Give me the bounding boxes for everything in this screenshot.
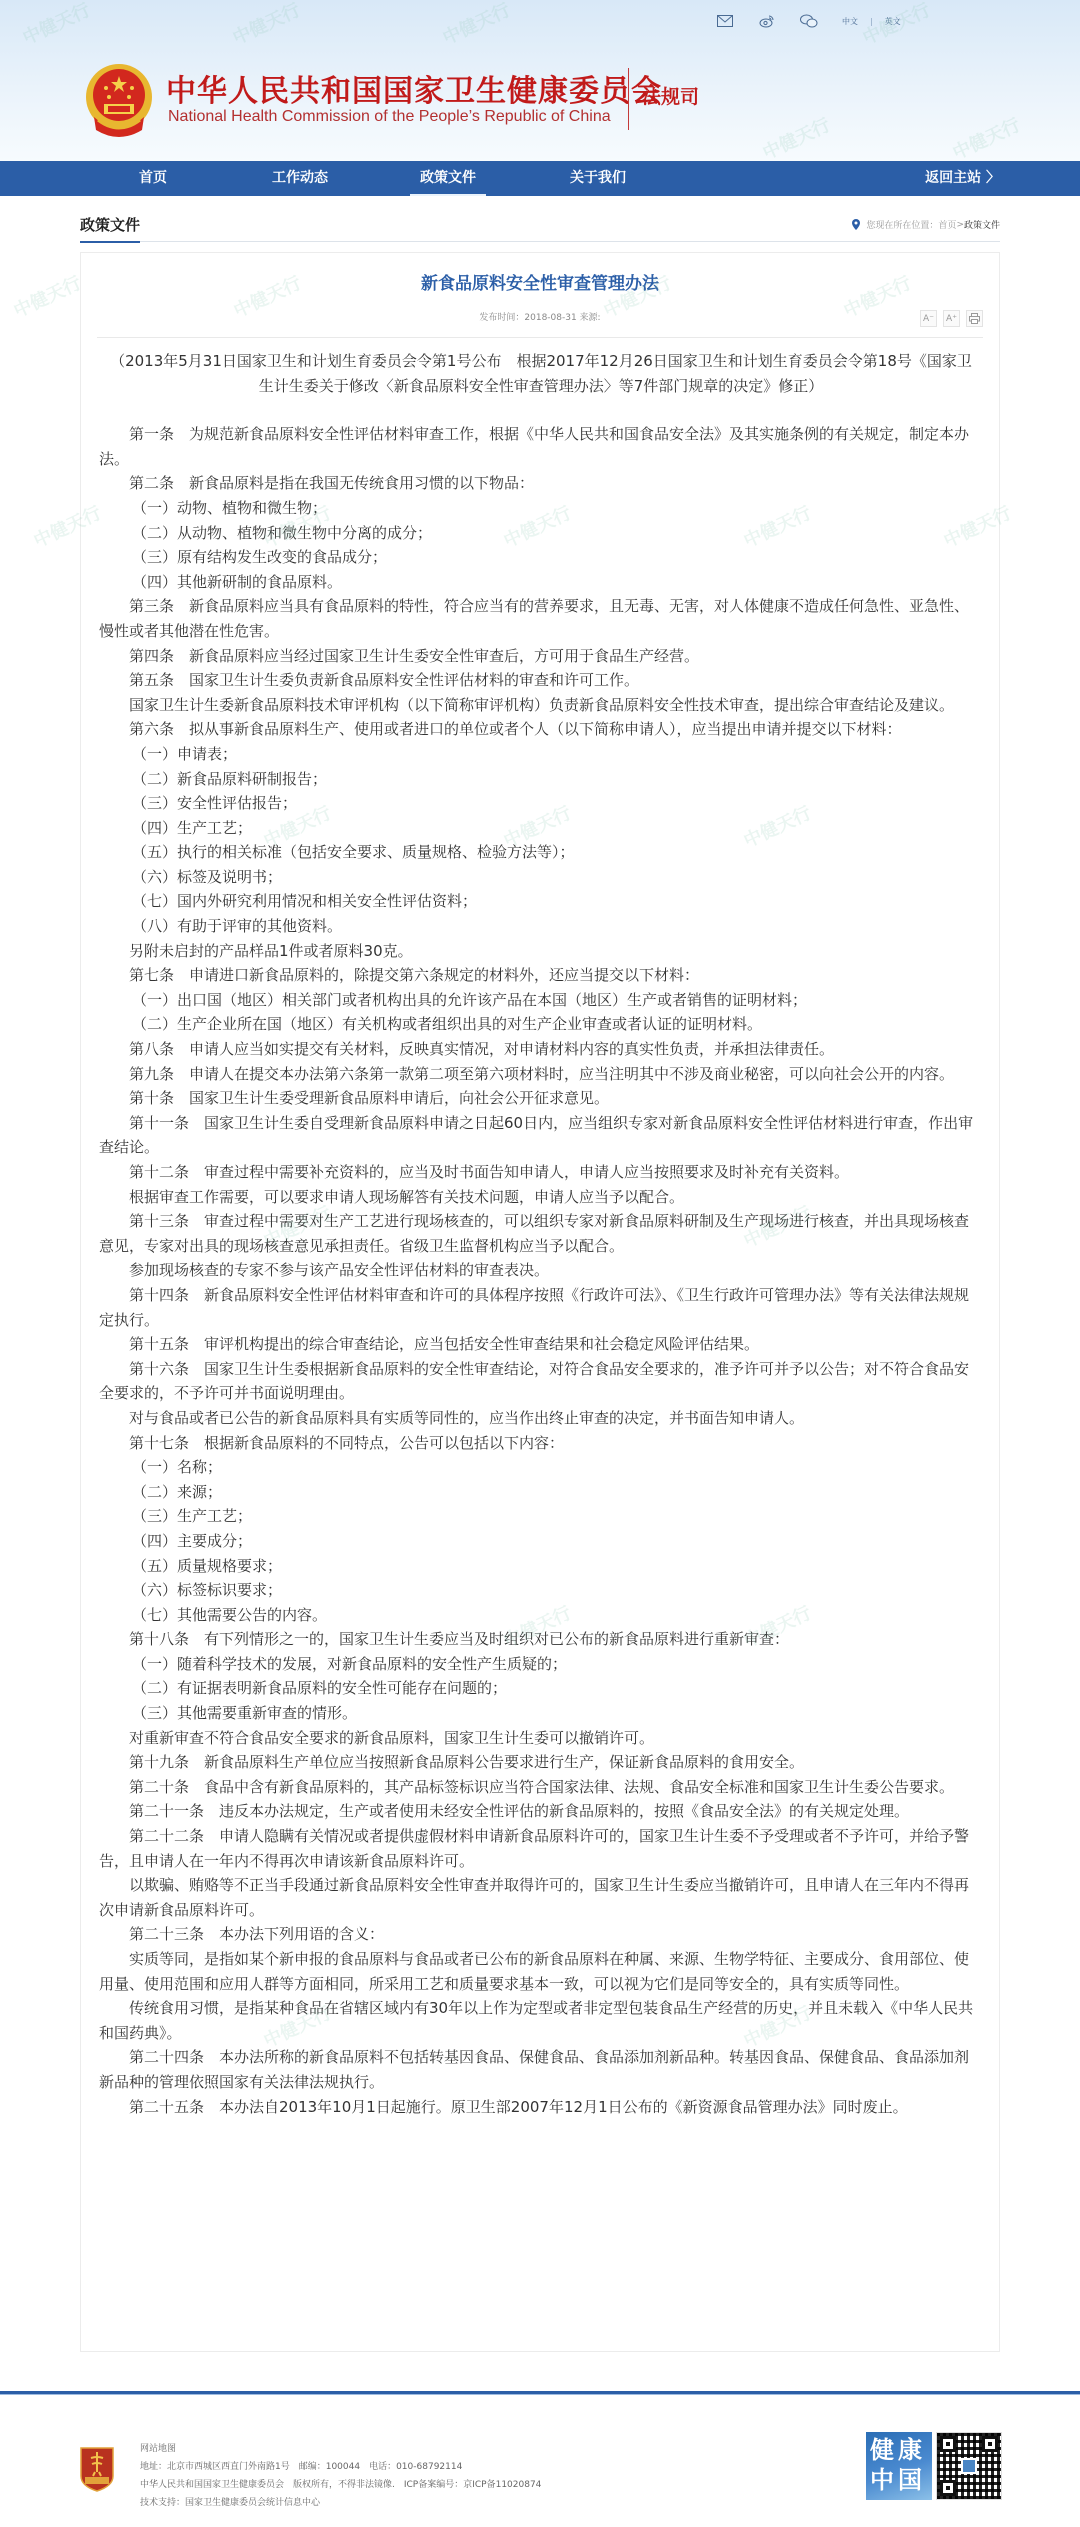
article-list-item: （三）其他需要重新审查的情形。 — [99, 1701, 983, 1726]
print-icon — [969, 313, 980, 324]
font-decrease-button[interactable]: A⁻ — [920, 310, 937, 327]
article-paragraph: 第十八条 有下列情形之一的，国家卫生计生委应当及时组织对已公布的新食品原料进行重… — [99, 1627, 983, 1652]
article-list-item: （四）主要成分； — [99, 1529, 983, 1554]
back-to-main-site-link[interactable]: 返回主站 〉 — [925, 161, 1000, 196]
article-paragraph: 第九条 申请人在提交本办法第六条第一款第二项至第六项材料时，应当注明其中不涉及商… — [99, 1062, 983, 1087]
lang-separator: | — [870, 17, 873, 26]
article-paragraph: 实质等同，是指如某个新申报的食品原料与食品或者已公布的新食品原料在种属、来源、生… — [99, 1947, 983, 1996]
watermark: 中健天行 — [9, 269, 85, 323]
article-body: （2013年5月31日国家卫生和计划生育委员会令第1号公布 根据2017年12月… — [99, 349, 983, 2119]
article-list-item: （七）国内外研究利用情况和相关安全性评估资料； — [99, 889, 983, 914]
article-card: 新食品原料安全性审查管理办法 发布时间：2018-08-31 来源: A⁻ A⁺… — [80, 252, 1000, 2352]
weibo-icon[interactable] — [758, 13, 776, 29]
article-paragraph: 国家卫生计生委新食品原料技术审评机构（以下简称审评机构）负责新食品原料安全性技术… — [99, 693, 983, 718]
healthy-china-logo[interactable]: 健康中国 — [866, 2432, 932, 2500]
article-tools: A⁻ A⁺ — [920, 310, 983, 327]
article-paragraph: 第十二条 审查过程中需要补充资料的，应当及时书面告知申请人，申请人应当按照要求及… — [99, 1160, 983, 1185]
department-name: 法规司 — [642, 82, 699, 109]
article-list-item: （四）生产工艺； — [99, 816, 983, 841]
section-title: 政策文件 — [80, 214, 140, 243]
footer-divider — [0, 2391, 1080, 2395]
site-title-english: National Health Commission of the People… — [168, 108, 611, 126]
article-paragraph: 传统食用习惯，是指某种食品在省辖区域内有30年以上作为定型或者非定型包装食品生产… — [99, 1996, 983, 2045]
article-paragraph: 第五条 国家卫生计生委负责新食品原料安全性评估材料的审查和许可工作。 — [99, 668, 983, 693]
article-paragraph: 第十条 国家卫生计生委受理新食品原料申请后，向社会公开征求意见。 — [99, 1086, 983, 1111]
article-list-item: （二）有证据表明新食品原料的安全性可能存在问题的； — [99, 1676, 983, 1701]
top-links: 中文 | 英文 — [716, 10, 901, 32]
article-paragraph: 第十一条 国家卫生计生委自受理新食品原料申请之日起60日内，应当组织专家对新食品… — [99, 1111, 983, 1160]
article-list-item: （一）申请表； — [99, 742, 983, 767]
article-list-item: （八）有助于评审的其他资料。 — [99, 914, 983, 939]
watermark: 中健天行 — [438, 0, 514, 50]
article-paragraph: 第十四条 新食品原料安全性评估材料审查和许可的具体程序按照《行政许可法》、《卫生… — [99, 1283, 983, 1332]
article-paragraph: 第十七条 根据新食品原料的不同特点，公告可以包括以下内容： — [99, 1431, 983, 1456]
qr-code-icon — [936, 2432, 1002, 2500]
article-paragraph: 第七条 申请进口新食品原料的，除提交第六条规定的材料外，还应当提交以下材料： — [99, 963, 983, 988]
article-paragraph: 第三条 新食品原料应当具有食品原料的特性，符合应当有的营养要求，且无毒、无害，对… — [99, 594, 983, 643]
breadcrumb: 您现在所在位置： 首页 > 政策文件 — [852, 218, 1000, 231]
breadcrumb-prefix: 您现在所在位置： — [866, 218, 938, 231]
national-emblem-icon — [84, 62, 154, 140]
article-list-item: （二）新食品原料研制报告； — [99, 767, 983, 792]
font-increase-button[interactable]: A⁺ — [943, 310, 960, 327]
article-paragraph: 参加现场核查的专家不参与该产品安全性评估材料的审查表决。 — [99, 1258, 983, 1283]
footer-address: 地址：北京市西城区西直门外南路1号 邮编：100044 电话：010-68792… — [140, 2458, 541, 2476]
print-button[interactable] — [966, 310, 983, 327]
article-paragraph: 第八条 申请人应当如实提交有关材料，反映真实情况，对申请材料内容的真实性负责，并… — [99, 1037, 983, 1062]
nav-home[interactable]: 首页 — [118, 161, 188, 196]
section-header: 政策文件 您现在所在位置： 首页 > 政策文件 — [80, 212, 1000, 242]
article-list-item: （一）动物、植物和微生物； — [99, 496, 983, 521]
article-paragraph: 第四条 新食品原料应当经过国家卫生计生委安全性审查后，方可用于食品生产经营。 — [99, 644, 983, 669]
article-paragraph: 第一条 为规范新食品原料安全性评估材料审查工作，根据《中华人民共和国食品安全法》… — [99, 422, 983, 471]
article-meta: 发布时间：2018-08-31 来源: — [81, 310, 999, 323]
watermark: 中健天行 — [29, 499, 105, 553]
article-paragraph: 第十六条 国家卫生计生委根据新食品原料的安全性审查结论，对符合食品安全要求的，准… — [99, 1357, 983, 1406]
watermark: 中健天行 — [228, 0, 304, 50]
article-paragraph: 以欺骗、贿赂等不正当手段通过新食品原料安全性审查并取得许可的，国家卫生计生委应当… — [99, 1873, 983, 1922]
article-paragraph: 根据审查工作需要，可以要求申请人现场解答有关技术问题，申请人应当予以配合。 — [99, 1185, 983, 1210]
article-paragraph: 第二十一条 违反本办法规定，生产或者使用未经安全性评估的新食品原料的，按照《食品… — [99, 1799, 983, 1824]
lang-chinese-link[interactable]: 中文 — [842, 16, 858, 27]
article-paragraph: 第二十三条 本办法下列用语的含义： — [99, 1922, 983, 1947]
article-paragraph: 对与食品或者已公告的新食品原料具有实质等同性的，应当作出终止审查的决定，并书面告… — [99, 1406, 983, 1431]
article-paragraph: 第十三条 审查过程中需要对生产工艺进行现场核查的，可以组织专家对新食品原料研制及… — [99, 1209, 983, 1258]
article-paragraph: 对重新审查不符合食品安全要求的新食品原料，国家卫生计生委可以撤销许可。 — [99, 1726, 983, 1751]
article-preamble: （2013年5月31日国家卫生和计划生育委员会令第1号公布 根据2017年12月… — [99, 349, 983, 398]
article-list-item: （三）原有结构发生改变的食品成分； — [99, 545, 983, 570]
article-paragraph: 第十五条 审评机构提出的综合审查结论，应当包括安全性审查结果和社会稳定风险评估结… — [99, 1332, 983, 1357]
article-list-item: （五）质量规格要求； — [99, 1554, 983, 1579]
watermark: 中健天行 — [758, 111, 834, 165]
article-paragraph: 第十九条 新食品原料生产单位应当按照新食品原料公告要求进行生产，保证新食品原料的… — [99, 1750, 983, 1775]
site-footer: 网站地图 地址：北京市西城区西直门外南路1号 邮编：100044 电话：010-… — [0, 2396, 1080, 2527]
article-paragraph: 第二十五条 本办法自2013年10月1日起施行。原卫生部2007年12月1日公布… — [99, 2095, 983, 2120]
article-list-item: （二）从动物、植物和微生物中分离的成分； — [99, 521, 983, 546]
party-gov-badge-icon[interactable] — [79, 2446, 115, 2492]
breadcrumb-current[interactable]: 政策文件 — [964, 218, 1000, 231]
article-list-item: （一）随着科学技术的发展，对新食品原料的安全性产生质疑的； — [99, 1652, 983, 1677]
article-list-item: （三）安全性评估报告； — [99, 791, 983, 816]
mail-icon[interactable] — [716, 13, 734, 29]
location-pin-icon — [852, 219, 860, 230]
article-paragraph: 第二十二条 申请人隐瞒有关情况或者提供虚假材料申请新食品原料许可的，国家卫生计生… — [99, 1824, 983, 1873]
nav-about-us[interactable]: 关于我们 — [560, 161, 636, 196]
breadcrumb-separator: > — [956, 220, 964, 230]
watermark: 中健天行 — [948, 111, 1024, 165]
article-list-item: （二）生产企业所在国（地区）有关机构或者组织出具的对生产企业审查或者认证的证明材… — [99, 1012, 983, 1037]
nav-policy-documents[interactable]: 政策文件 — [410, 161, 486, 196]
article-list-item: （三）生产工艺； — [99, 1504, 983, 1529]
footer-copyright: 中华人民共和国国家卫生健康委员会 版权所有，不得非法镜像. ICP备案编号：京I… — [140, 2476, 541, 2494]
article-paragraph: 第六条 拟从事新食品原料生产、使用或者进口的单位或者个人（以下简称申请人），应当… — [99, 717, 983, 742]
article-paragraph: 第二十条 食品中含有新食品原料的，其产品标签标识应当符合国家法律、法规、食品安全… — [99, 1775, 983, 1800]
nav-work-news[interactable]: 工作动态 — [262, 161, 338, 196]
wechat-icon[interactable] — [800, 13, 818, 29]
sitemap-link[interactable]: 网站地图 — [140, 2440, 541, 2458]
breadcrumb-home-link[interactable]: 首页 — [938, 218, 956, 231]
article-list-item: （五）执行的相关标准（包括安全要求、质量规格、检验方法等）； — [99, 840, 983, 865]
article-list-item: （六）标签及说明书； — [99, 865, 983, 890]
article-list-item: （一）出口国（地区）相关部门或者机构出具的允许该产品在本国（地区）生产或者销售的… — [99, 988, 983, 1013]
site-title-chinese: 中华人民共和国国家卫生健康委员会 — [166, 66, 662, 110]
footer-text: 网站地图 地址：北京市西城区西直门外南路1号 邮编：100044 电话：010-… — [140, 2440, 541, 2512]
site-header: 中文 | 英文 中华人民共和国国家卫生健康委员会 National Health… — [0, 0, 1080, 161]
article-paragraph: 另附未启封的产品样品1件或者原料30克。 — [99, 939, 983, 964]
main-nav: 首页 工作动态 政策文件 关于我们 返回主站 〉 — [0, 161, 1080, 196]
article-list-item: （六）标签标识要求； — [99, 1578, 983, 1603]
title-divider — [628, 68, 629, 130]
article-list-item: （一）名称； — [99, 1455, 983, 1480]
article-title: 新食品原料安全性审查管理办法 — [81, 269, 999, 294]
article-paragraph: 第二条 新食品原料是指在我国无传统食用习惯的以下物品： — [99, 471, 983, 496]
article-paragraph: 第二十四条 本办法所称的新食品原料不包括转基因食品、保健食品、食品添加剂新品种。… — [99, 2045, 983, 2094]
lang-english-link[interactable]: 英文 — [885, 16, 901, 27]
title-divider-line — [97, 337, 983, 338]
article-list-item: （二）来源； — [99, 1480, 983, 1505]
watermark: 中健天行 — [18, 0, 94, 50]
article-list-item: （四）其他新研制的食品原料。 — [99, 570, 983, 595]
article-list-item: （七）其他需要公告的内容。 — [99, 1603, 983, 1628]
footer-support: 技术支持：国家卫生健康委员会统计信息中心 — [140, 2494, 541, 2512]
